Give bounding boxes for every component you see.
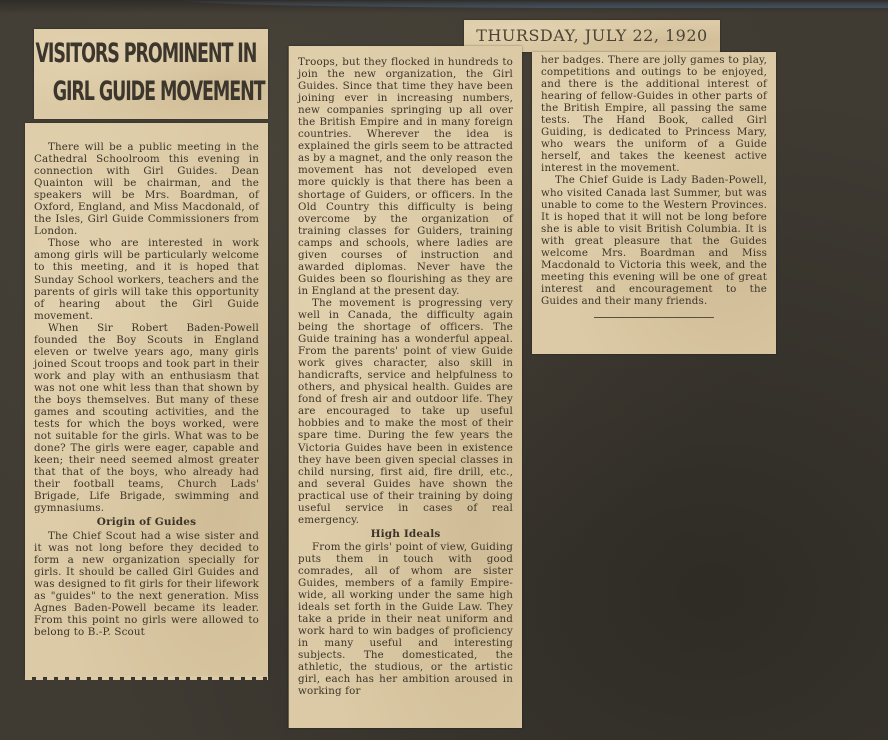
paragraph: Those who are interested in work among g… bbox=[34, 237, 259, 321]
paragraph: There will be a public meeting in the Ca… bbox=[34, 141, 259, 237]
article-column-1: There will be a public meeting in the Ca… bbox=[25, 123, 268, 677]
paragraph: her badges. There are jolly games to pla… bbox=[541, 54, 767, 174]
paragraph: The Chief Guide is Lady Baden-Powell, wh… bbox=[541, 174, 767, 307]
article-column-3: her badges. There are jolly games to pla… bbox=[532, 52, 776, 354]
subheading-origin-of-guides: Origin of Guides bbox=[34, 516, 259, 528]
dateline-text: THURSDAY, JULY 22, 1920 bbox=[476, 26, 707, 45]
scrapbook-page-edge bbox=[0, 0, 888, 14]
paragraph: When Sir Robert Baden-Powell founded the… bbox=[34, 322, 259, 515]
headline-clipping: VISITORS PROMINENT IN GIRL GUIDE MOVEMEN… bbox=[34, 29, 268, 119]
paragraph: The Chief Scout had a wise sister and it… bbox=[34, 530, 259, 638]
headline-line-2: GIRL GUIDE MOVEMENT bbox=[34, 73, 202, 111]
torn-edge bbox=[25, 676, 268, 680]
paragraph: From the girls' point of view, Guiding p… bbox=[298, 541, 513, 698]
paragraph: Troops, but they flocked in hundreds to … bbox=[298, 56, 513, 297]
subheading-high-ideals: High Ideals bbox=[298, 528, 513, 540]
article-column-2: Troops, but they flocked in hundreds to … bbox=[288, 46, 522, 728]
paragraph: The movement is progressing very well in… bbox=[298, 297, 513, 526]
headline-line-1: VISITORS PROMINENT IN bbox=[34, 35, 202, 73]
end-rule-divider bbox=[594, 317, 714, 318]
